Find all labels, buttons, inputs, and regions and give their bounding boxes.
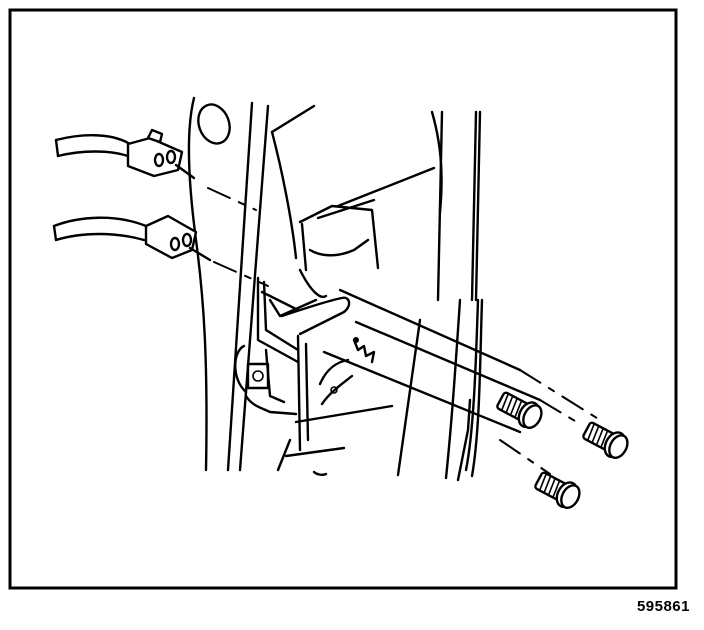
upper-electrical-connector bbox=[56, 130, 256, 210]
mounting-bolt-2 bbox=[580, 418, 631, 462]
leader-line bbox=[458, 400, 470, 480]
bolt-centerlines bbox=[324, 290, 600, 474]
figure-number: 595861 bbox=[637, 598, 690, 615]
technical-illustration bbox=[0, 0, 704, 630]
lower-electrical-connector bbox=[54, 216, 268, 286]
mounting-bolt-3 bbox=[532, 468, 583, 512]
door-frame-pillar bbox=[189, 98, 482, 478]
